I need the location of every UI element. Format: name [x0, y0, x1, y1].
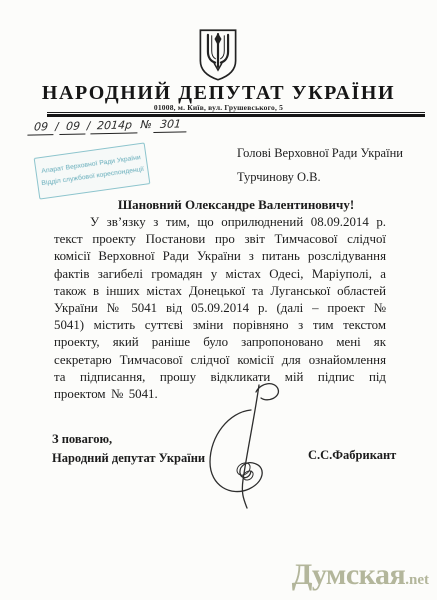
registration-day: 09: [27, 120, 54, 136]
registration-year: 2014р: [91, 118, 139, 134]
watermark-suffix: .net: [405, 572, 429, 588]
closing-respect: З повагою,: [52, 430, 205, 449]
signer-name: С.С.Фабрикант: [308, 448, 396, 463]
closing-position: Народний депутат України: [52, 449, 205, 468]
addressee-block: Голові Верховної Ради України Турчинову …: [237, 141, 403, 189]
incoming-stamp: Апарат Верховної Ради України Відділ слу…: [34, 142, 151, 199]
closing-block: З повагою, Народний депутат України: [52, 430, 205, 468]
letterhead-address: 01008, м. Київ, вул. Грушевського, 5: [0, 103, 437, 112]
watermark: Думская.net: [292, 560, 429, 590]
salutation: Шановний Олександре Валентиновичу!: [70, 197, 402, 213]
addressee-title: Голові Верховної Ради України: [237, 141, 403, 165]
registration-number: 301: [153, 117, 187, 133]
registration-line: 09/09/2014р№301: [28, 117, 187, 135]
watermark-name: Думская: [292, 558, 406, 591]
handwritten-signature: [191, 380, 295, 510]
ukraine-trident-emblem-icon: [196, 29, 240, 81]
addressee-name: Турчинову О.В.: [237, 165, 403, 189]
registration-month: 09: [59, 119, 86, 135]
registration-no-sign: №: [138, 118, 154, 131]
letterhead-divider: [47, 112, 425, 118]
scanned-letter-page: НАРОДНИЙ ДЕПУТАТ УКРАЇНИ 01008, м. Київ,…: [0, 0, 437, 600]
letterhead-title: НАРОДНИЙ ДЕПУТАТ УКРАЇНИ: [0, 82, 437, 105]
letter-body: У зв’язку з тим, що оприлюднений 08.09.2…: [54, 214, 386, 403]
